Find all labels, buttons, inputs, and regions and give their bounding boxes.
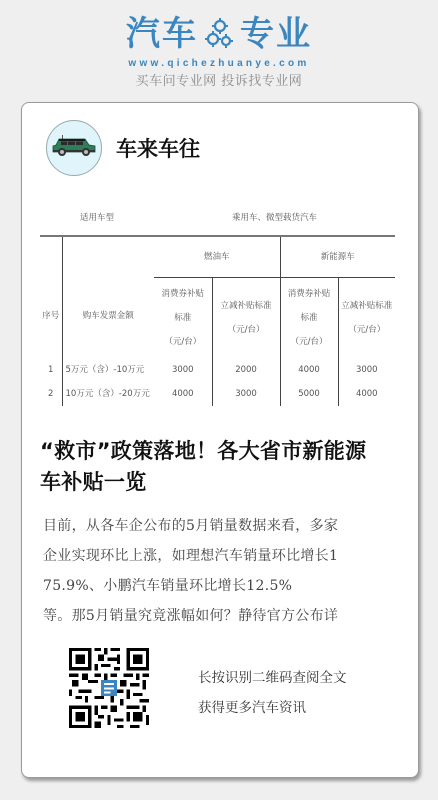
- table-header-vehicle-type: 适用车型: [40, 201, 154, 236]
- author-block: 车来车往: [46, 120, 200, 176]
- table-col-nev-discount: 立减补贴标准（元/台）: [338, 278, 395, 359]
- author-name[interactable]: 车来车往: [116, 133, 200, 163]
- gear-icon: [204, 17, 234, 51]
- table-row: 1 5万元（含）-10万元 3000 2000 4000 3000: [40, 358, 395, 382]
- table-row: 2 10万元（含）-20万元 4000 3000 5000 4000: [40, 382, 395, 406]
- article-excerpt: 目前，从各车企公布的5月销量数据来看，多家 企业实现环比上涨，如理想汽车销量环比…: [43, 511, 393, 631]
- brand-url: www.qichezhuanye.com: [0, 58, 438, 69]
- qr-code-icon[interactable]: [69, 648, 149, 728]
- brand-word-left: 汽车: [126, 14, 198, 54]
- article-card[interactable]: 车来车往 适用车型 乘用车、微型载货汽车 序号 购车发票金额 燃油车 新能源车 …: [21, 102, 419, 778]
- brand-logo: 汽车 专业: [0, 14, 438, 54]
- table-col-fuel-voucher: 消费券补贴标准（元/台）: [154, 278, 212, 359]
- table-col-price: 购车发票金额: [62, 236, 154, 358]
- brand-word-right: 专业: [240, 14, 312, 54]
- table-col-index: 序号: [40, 236, 62, 358]
- table-col-fuel-discount: 立减补贴标准（元/台）: [212, 278, 280, 359]
- green-car-icon: [51, 134, 97, 162]
- table-group-nev: 新能源车: [280, 236, 395, 278]
- table-header-applicable: 乘用车、微型载货汽车: [154, 201, 395, 236]
- article-title[interactable]: “救市”政策落地！各大省市新能源 车补贴一览: [40, 436, 400, 498]
- subsidy-table-image: 适用车型 乘用车、微型载货汽车 序号 购车发票金额 燃油车 新能源车 消费券补贴…: [40, 201, 395, 407]
- brand-header: 汽车 专业 www.qichezhuanye.com 买车问: [0, 14, 438, 89]
- qr-call-to-action: 长按识别二维码查阅全文 获得更多汽车资讯: [198, 663, 347, 723]
- avatar: [46, 120, 102, 176]
- brand-slogan: 买车问专业网 投诉找专业网: [0, 70, 438, 89]
- table-group-fuel: 燃油车: [154, 236, 280, 278]
- table-col-nev-voucher: 消费券补贴标准（元/台）: [280, 278, 338, 359]
